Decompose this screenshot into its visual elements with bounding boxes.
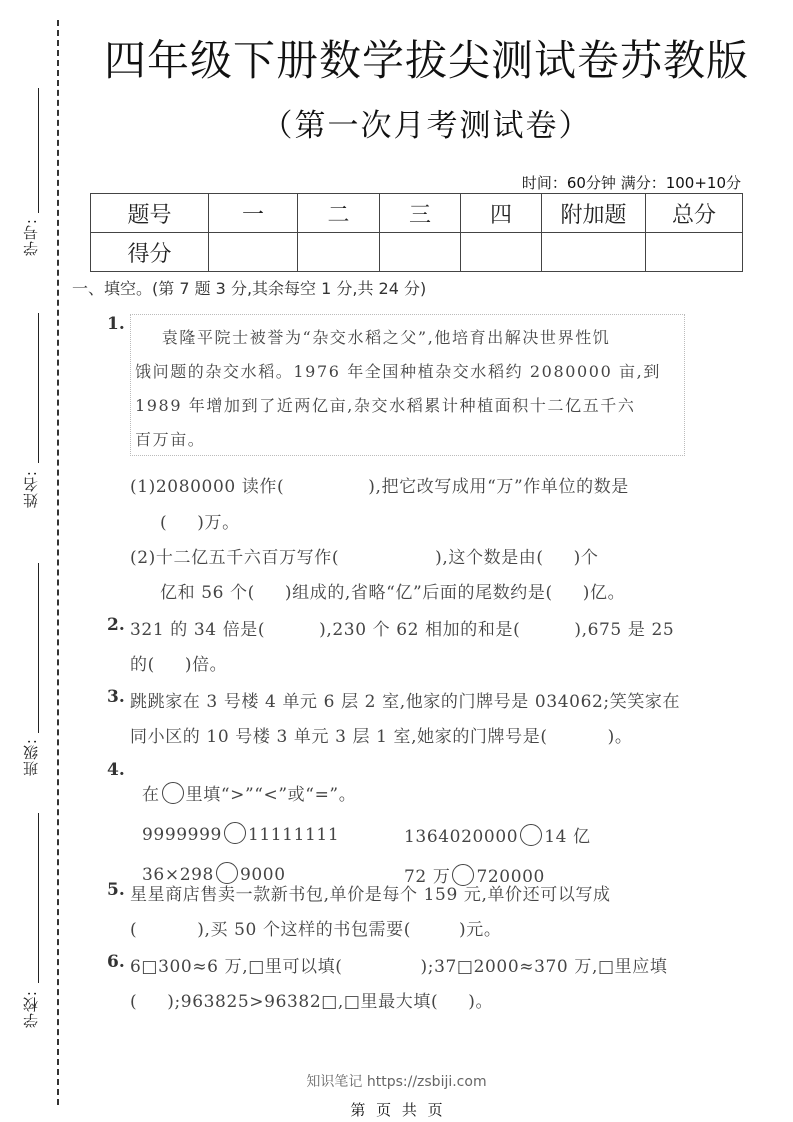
question-number: 4. — [107, 760, 125, 780]
score-cell[interactable] — [461, 233, 542, 272]
score-table-header-row: 题号 一 二 三 四 附加题 总分 — [91, 194, 743, 233]
class-label: 班级: — [20, 738, 44, 776]
header-cell: 二 — [298, 194, 380, 233]
question-number: 5. — [107, 880, 125, 900]
name-label: 姓名: — [20, 470, 44, 508]
question-text: 跳跳家在 3 号楼 4 单元 6 层 2 室,他家的门牌号是 034062;笑笑… — [130, 687, 680, 712]
header-cell: 一 — [209, 194, 298, 233]
passage-line: 袁隆平院士被誉为“杂交水稻之父”,他培育出解决世界性饥 — [135, 325, 610, 348]
row-label: 得分 — [91, 233, 209, 272]
school-label: 学校: — [20, 990, 44, 1028]
score-cell[interactable] — [209, 233, 298, 272]
score-cell[interactable] — [380, 233, 461, 272]
student-id-label: 学号: — [20, 218, 44, 256]
question-number: 1. — [107, 314, 125, 334]
score-table-score-row: 得分 — [91, 233, 743, 272]
header-cell: 题号 — [91, 194, 209, 233]
score-table: 题号 一 二 三 四 附加题 总分 得分 — [90, 193, 743, 272]
question-text: ( ),买 50 个这样的书包需要( )元。 — [130, 915, 501, 940]
question-text: 6□300≈6 万,□里可以填( );37□2000≈370 万,□里应填 — [130, 952, 667, 977]
compare-right: 14 亿 — [544, 827, 590, 847]
question-text: ( );963825>96382□,□里最大填( )。 — [130, 987, 493, 1012]
section-heading: 一、填空。(第 7 题 3 分,其余每空 1 分,共 24 分) — [72, 276, 426, 299]
question-text: 的( )倍。 — [130, 650, 227, 675]
question-instruction: 在里填“>”“<”或“=”。 — [130, 760, 356, 805]
compare-item: 999999911111111 — [130, 802, 339, 845]
compare-item: 36×2989000 — [130, 842, 286, 885]
question-text: (1)2080000 读作( ),把它改写成用“万”作单位的数是 — [130, 472, 629, 497]
student-id-underline — [38, 88, 39, 213]
header-cell: 总分 — [646, 194, 743, 233]
passage-line: 1989 年增加到了近两亿亩,杂交水稻累计种植面积十二亿五千六 — [135, 393, 636, 416]
page-number: 第 页 共 页 — [0, 1099, 793, 1120]
header-cell: 四 — [461, 194, 542, 233]
question-number: 2. — [107, 615, 125, 635]
question-text: ( )万。 — [160, 508, 240, 533]
page-subtitle: （第一次月考测试卷） — [60, 100, 793, 145]
page-title: 四年级下册数学拔尖测试卷苏教版 — [60, 28, 793, 88]
score-cell[interactable] — [542, 233, 646, 272]
name-underline — [38, 313, 39, 463]
answer-circle[interactable] — [224, 822, 246, 844]
watermark-link[interactable]: 知识笔记 https://zsbiji.com — [0, 1071, 793, 1091]
question-text: 同小区的 10 号楼 3 单元 3 层 1 室,她家的门牌号是( )。 — [130, 722, 632, 747]
question-number: 6. — [107, 952, 125, 972]
class-underline — [38, 563, 39, 733]
header-cell: 三 — [380, 194, 461, 233]
exam-meta: 时间：60分钟 满分：100+10分 — [522, 172, 741, 193]
question-text: (2)十二亿五千六百万写作( ),这个数是由( )个 — [130, 543, 599, 568]
question-number: 3. — [107, 687, 125, 707]
compare-item: 136402000014 亿 — [392, 802, 591, 847]
question-text: 321 的 34 倍是( ),230 个 62 相加的和是( ),675 是 2… — [130, 615, 674, 640]
school-underline — [38, 813, 39, 983]
question-text: 星星商店售卖一款新书包,单价是每个 159 元,单价还可以写成 — [130, 880, 611, 905]
reading-passage-box: 袁隆平院士被誉为“杂交水稻之父”,他培育出解决世界性饥 饿问题的杂交水稻。197… — [130, 314, 685, 456]
question-text: 亿和 56 个( )组成的,省略“亿”后面的尾数约是( )亿。 — [160, 578, 625, 603]
header-cell: 附加题 — [542, 194, 646, 233]
passage-line: 百万亩。 — [135, 427, 205, 450]
score-cell[interactable] — [646, 233, 743, 272]
passage-line: 饿问题的杂交水稻。1976 年全国种植杂交水稻约 2080000 亩,到 — [135, 359, 661, 382]
score-cell[interactable] — [298, 233, 380, 272]
binding-dashed-line — [57, 20, 59, 1105]
circle-icon — [162, 782, 184, 804]
